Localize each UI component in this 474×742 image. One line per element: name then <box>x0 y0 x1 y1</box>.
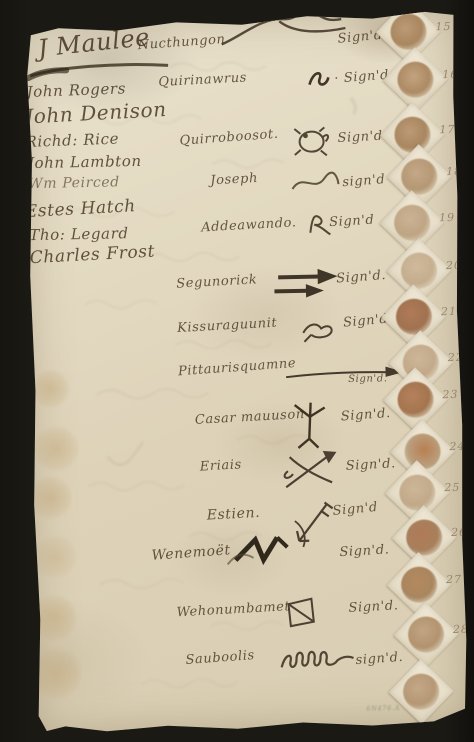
signed-label: Sign'd <box>329 213 375 230</box>
turtle-mark-icon <box>291 122 334 159</box>
dark-bow-mark-icon <box>225 527 318 575</box>
manuscript-page: J Maulee John Rogers John Denison Richd:… <box>19 10 469 734</box>
square-mark-icon <box>282 595 319 632</box>
r-flourish-mark-icon <box>303 210 331 237</box>
wax-seal <box>398 668 445 715</box>
curve-loop-mark-icon <box>288 170 340 197</box>
wax-seal: 23 <box>392 376 439 423</box>
signer-name: Eriais <box>199 457 242 474</box>
seal-number: 22 <box>448 351 464 364</box>
small-squiggle-mark-icon <box>302 66 330 91</box>
crossed-arrows-mark-icon <box>279 448 342 493</box>
seal-number: 16 <box>442 68 458 81</box>
wax-seal: 27 <box>396 561 443 608</box>
signed-label: sign'd <box>342 172 386 190</box>
witness-signature: John Lambton <box>28 152 142 172</box>
seal-number: 17 <box>439 123 455 136</box>
seal-number: 28 <box>453 623 469 636</box>
double-arrow-mark-icon <box>272 268 341 299</box>
signer-name: Joseph <box>210 171 258 189</box>
small-bird-mark-icon <box>297 314 338 345</box>
signed-label: Sign'd. <box>339 542 390 560</box>
wax-seal: 15 <box>385 8 432 55</box>
wax-seal: 16 <box>392 56 439 103</box>
witness-signature: Wm Peirced <box>28 174 120 192</box>
catalog-mark: 6N476.A <box>366 705 400 713</box>
seal-number: 21 <box>441 305 457 318</box>
seal-number: 23 <box>442 388 458 401</box>
wax-seal: 18 <box>396 153 443 200</box>
seal-number: 24 <box>449 440 465 453</box>
seal-number: 19 <box>439 211 455 224</box>
wax-seal: 28 <box>403 611 450 658</box>
bird-flourish-mark-icon <box>217 6 350 61</box>
witness-signature: Richd: Rice <box>25 130 119 151</box>
seal-number: 25 <box>444 481 460 494</box>
signed-label: Sign'd. <box>337 128 388 146</box>
seal-number: 26 <box>451 526 467 539</box>
wax-seal: 25 <box>394 469 441 516</box>
signed-label: Sign'd. <box>348 598 399 616</box>
photo-backdrop: J Maulee John Rogers John Denison Richd:… <box>0 0 474 742</box>
wax-seal: 19 <box>389 199 436 246</box>
signed-label: Sign'd. <box>348 373 388 385</box>
witness-signature: John Rogers <box>26 79 126 101</box>
bird-track-mark-icon <box>289 398 332 451</box>
signed-label: Sign'd. <box>345 456 396 474</box>
seal-number: 15 <box>435 20 451 33</box>
wax-seal: 21 <box>391 293 438 340</box>
wax-seal: 26 <box>401 514 448 561</box>
wax-seal: 20 <box>396 247 443 294</box>
signer-name: Estien. <box>206 505 260 524</box>
witness-signature: Tho: Legard <box>29 224 129 244</box>
loop-scribble-mark-icon <box>279 646 356 675</box>
seal-number: 27 <box>446 573 462 586</box>
seal-number: 18 <box>446 165 462 178</box>
seal-number: 20 <box>446 259 462 272</box>
